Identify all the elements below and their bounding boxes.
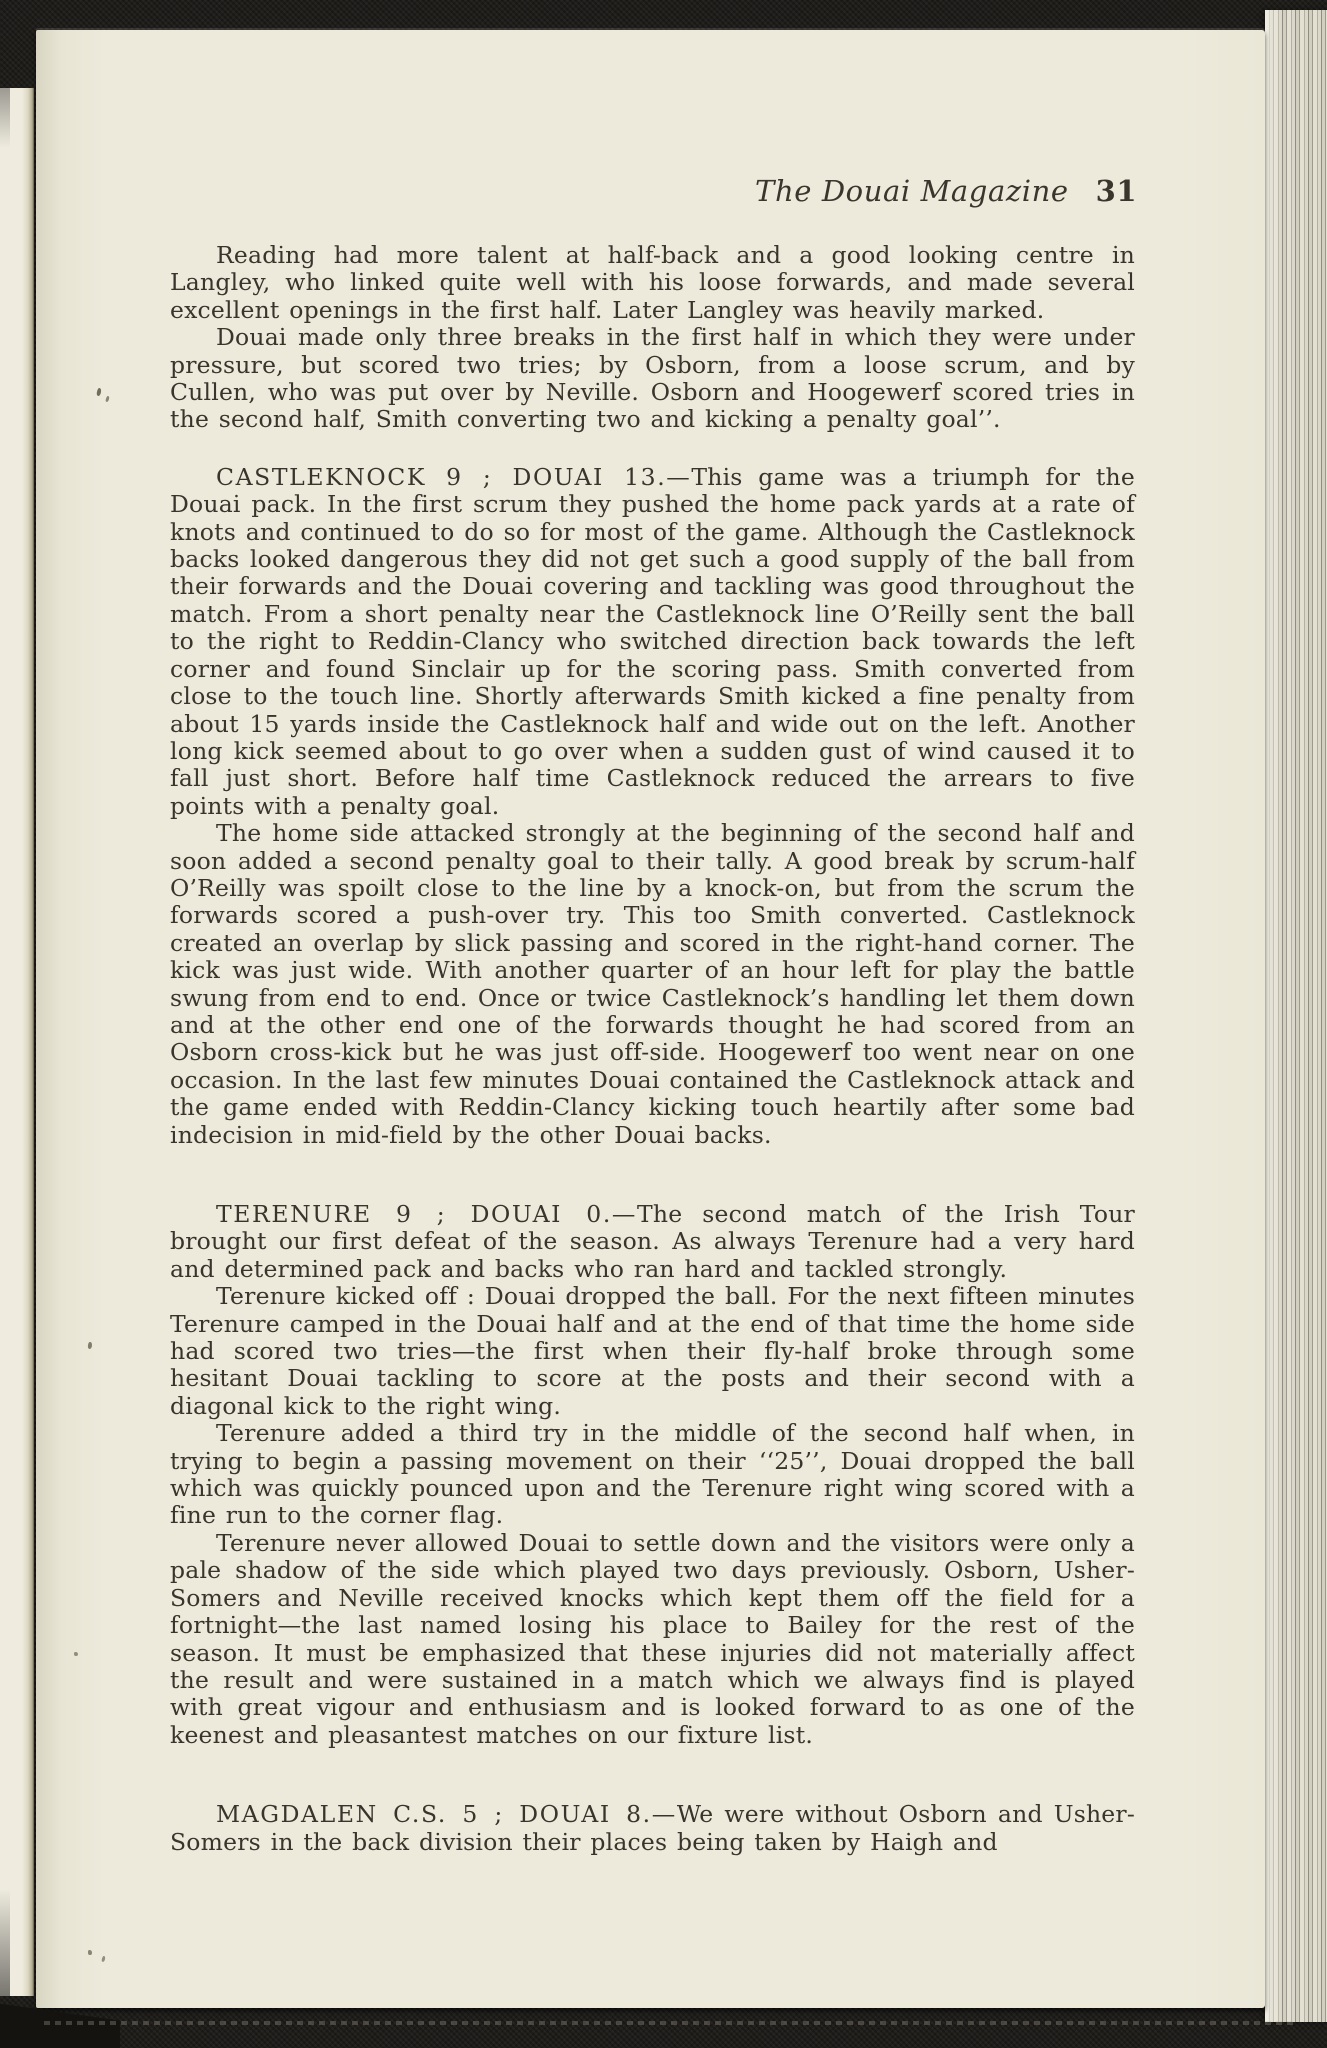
page-fore-edge bbox=[1265, 10, 1327, 2022]
paragraph-text: This game was a triumph for the Douai pa… bbox=[170, 463, 1135, 820]
paragraph: Terenure kicked off : Douai dropped the … bbox=[170, 1283, 1135, 1420]
magazine-title: The Douai Magazine bbox=[755, 174, 1069, 208]
running-head: The Douai Magazine 31 bbox=[755, 174, 1137, 208]
paragraph-text: Terenure kicked off : Douai dropped the … bbox=[170, 1282, 1135, 1420]
paragraph: Terenure added a third try in the middle… bbox=[170, 1420, 1135, 1530]
page-number: 31 bbox=[1096, 174, 1137, 208]
paragraph-text: Douai made only three breaks in the firs… bbox=[170, 323, 1135, 433]
ink-speck bbox=[74, 1652, 78, 1656]
cover-stitching bbox=[44, 2021, 1297, 2025]
paragraph-text: Terenure added a third try in the middle… bbox=[170, 1419, 1135, 1529]
match-score-heading: CASTLEKNOCK 9 ; DOUAI 13.— bbox=[216, 463, 691, 491]
ink-speck bbox=[88, 1950, 92, 1955]
match-score-heading: MAGDALEN C.S. 5 ; DOUAI 8.— bbox=[216, 1800, 677, 1828]
cover-corner-wedge bbox=[0, 1985, 120, 2048]
book-photo: The Douai Magazine 31 Reading had more t… bbox=[0, 0, 1327, 2048]
match-report-paragraph: MAGDALEN C.S. 5 ; DOUAI 8.—We were witho… bbox=[170, 1801, 1135, 1856]
match-report-paragraph: CASTLEKNOCK 9 ; DOUAI 13.—This game was … bbox=[170, 464, 1135, 820]
paragraph: The home side attacked strongly at the b… bbox=[170, 820, 1135, 1149]
paragraph-text: Terenure never allowed Douai to settle d… bbox=[170, 1529, 1135, 1749]
paragraph-text: The home side attacked strongly at the b… bbox=[170, 819, 1135, 1148]
paragraph: Reading had more talent at half-back and… bbox=[170, 242, 1135, 324]
magazine-page: The Douai Magazine 31 Reading had more t… bbox=[36, 30, 1265, 2008]
match-report-paragraph: TERENURE 9 ; DOUAI 0.—The second match o… bbox=[170, 1201, 1135, 1283]
gutter-shadow bbox=[0, 88, 10, 1996]
text-column: Reading had more talent at half-back and… bbox=[170, 242, 1135, 1856]
match-score-heading: TERENURE 9 ; DOUAI 0.— bbox=[216, 1200, 637, 1228]
paragraph: Terenure never allowed Douai to settle d… bbox=[170, 1530, 1135, 1749]
paragraph-text: Reading had more talent at half-back and… bbox=[170, 241, 1135, 324]
paragraph: Douai made only three breaks in the firs… bbox=[170, 324, 1135, 434]
